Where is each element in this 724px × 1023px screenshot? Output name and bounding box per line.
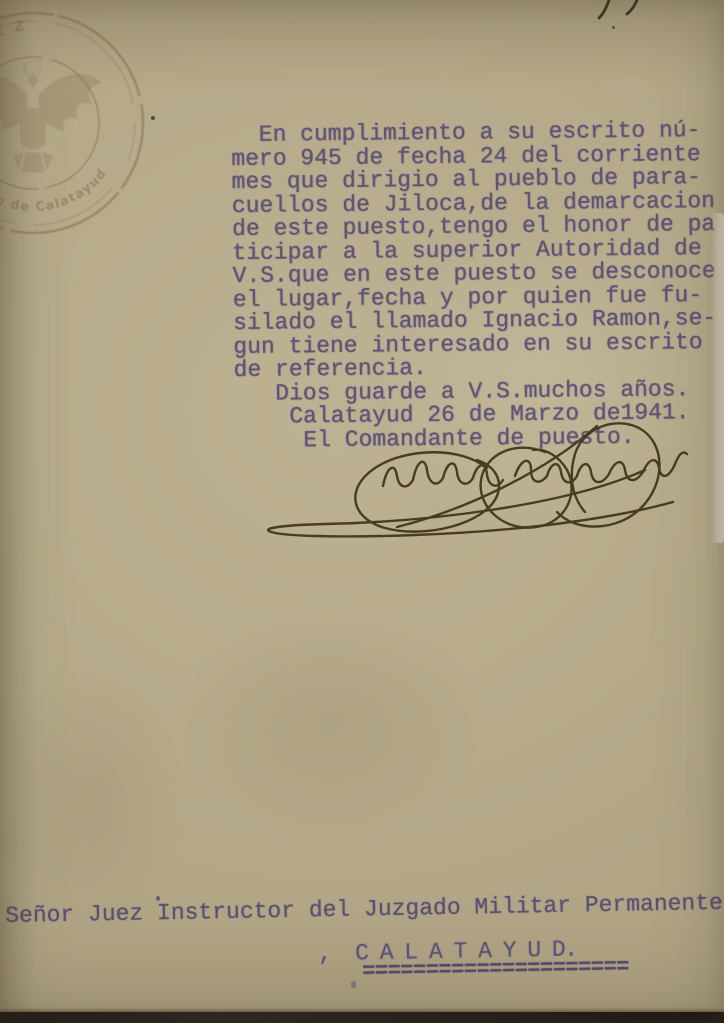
paper-blotch xyxy=(120,560,540,880)
paper-speck xyxy=(612,26,615,29)
document-photo: GUARDIA CIVIL DE ZARAGOZA Puesto de Cala… xyxy=(0,0,724,1023)
page-number-mark xyxy=(596,0,666,32)
svg-text:Puesto de Calatayud: Puesto de Calatayud xyxy=(0,165,110,214)
paper-speck xyxy=(156,896,160,901)
stamp-arc-bottom-text: Puesto de Calatayud xyxy=(0,165,110,214)
guardia-civil-stamp-seal: GUARDIA CIVIL DE ZARAGOZA Puesto de Cala… xyxy=(0,0,183,273)
paper-speck xyxy=(151,116,155,120)
signature-scrawl xyxy=(245,410,695,560)
typed-letter-body: En cumplimiento a su escrito nú- mero 94… xyxy=(231,119,724,453)
eagle-emblem-icon xyxy=(0,61,101,172)
footer-underline: ===================== xyxy=(362,954,629,984)
photo-bottom-edge xyxy=(0,1012,724,1023)
footer-addressee: Señor Juez Instructor del Juzgado Milita… xyxy=(5,890,723,929)
paper-speck xyxy=(351,981,356,988)
